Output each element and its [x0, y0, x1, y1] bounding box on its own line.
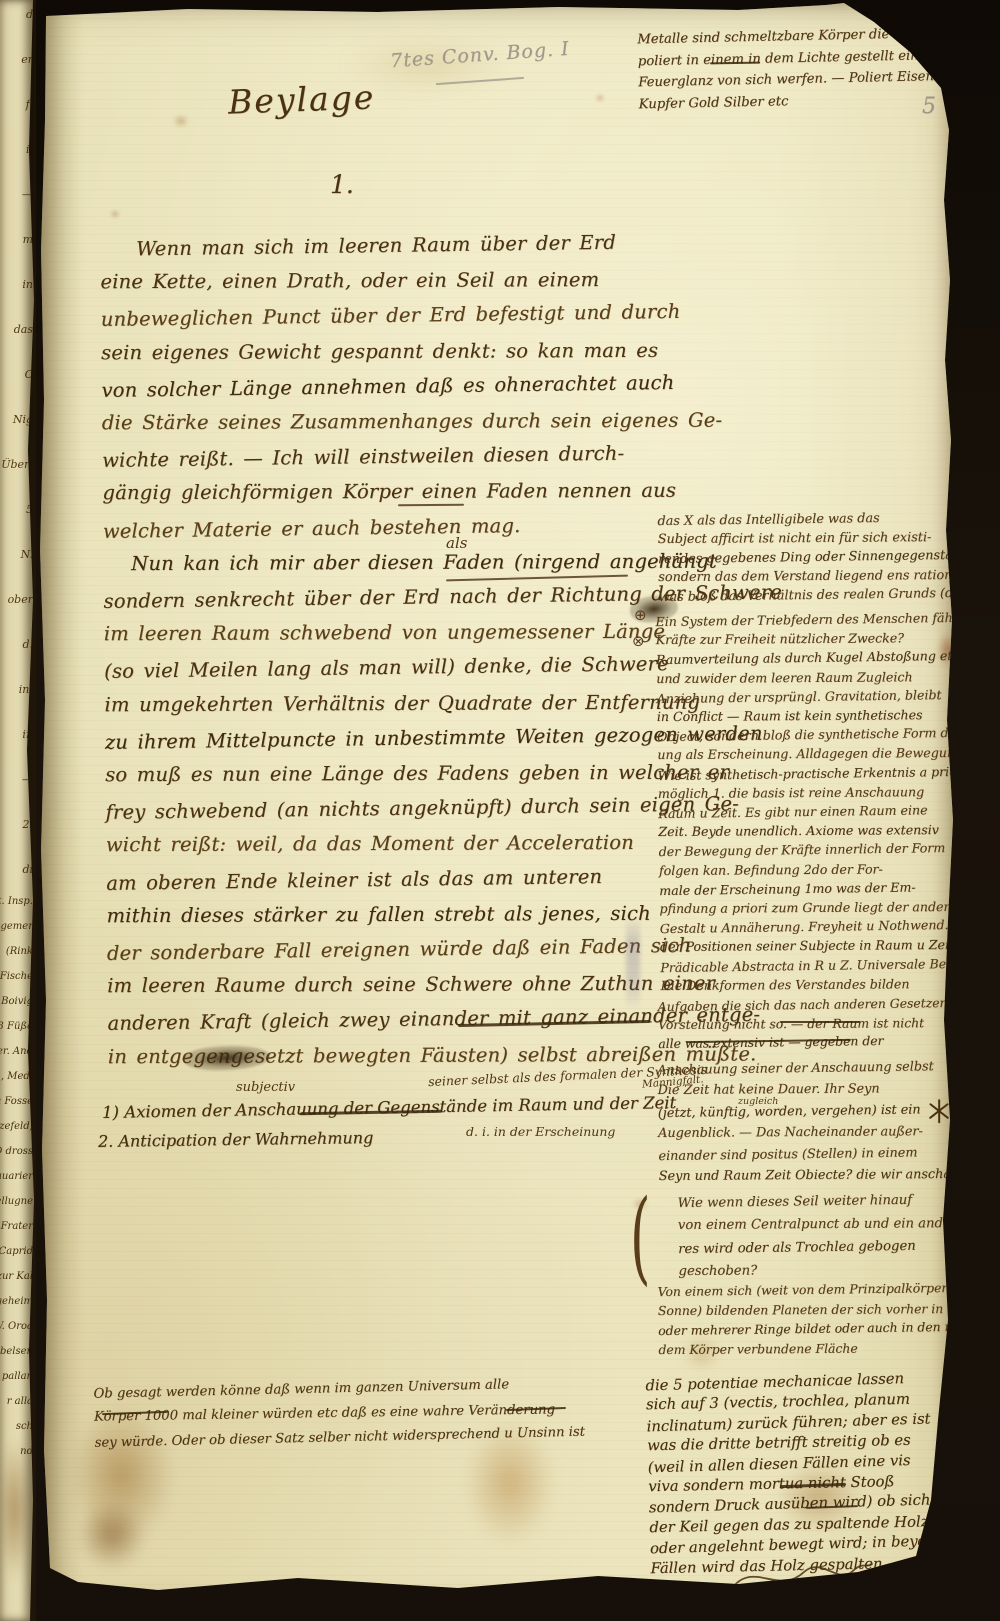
text-fragment: in: [0, 278, 36, 323]
faint-stamp: [626, 916, 640, 1010]
bottom-left-note: Ob gesagt werden könne daß wenn im ganze…: [93, 1369, 689, 1456]
handwritten-line: sein eigenes Gewicht gespannt denkt: so …: [101, 332, 661, 370]
margin-line: pfindung a priori zum Grunde liegt der a…: [659, 897, 959, 918]
text-fragment: Gonzefeld;: [0, 1121, 36, 1146]
handwritten-line: im umgekehrten Verhältnis der Quadrate d…: [104, 684, 664, 722]
margin-line: was bloß das Verhältnis des realen Grund…: [658, 584, 958, 607]
margin-line: dem Körper verbundene Fläche: [658, 1338, 958, 1360]
margin-note-block: Aufgaben die sich das nach anderen Geset…: [658, 994, 959, 1054]
text-fragment: Obrist. Insp.: [0, 896, 36, 921]
bottom-right-note: die 5 potentiae mechanicae lassensich au…: [645, 1368, 963, 1581]
text-fragment: fl: [0, 98, 36, 143]
text-fragment: in: [0, 728, 36, 773]
text-fragment: zur Kal: [0, 1271, 36, 1296]
star-mark: [926, 1098, 952, 1124]
margin-line: Die Denkformen des Verstandes bilden: [660, 974, 960, 995]
margin-line: Augenblick. — Das Nacheinander außer-: [658, 1121, 958, 1145]
margin-line: ung als Erscheinung. Alldagegen die Bewe…: [657, 743, 957, 764]
margin-line: Raumverteilung als durch Kugel Abstoßung…: [656, 646, 956, 669]
margin-note-block: Anschauung seiner der Anschauung selbstD…: [657, 1056, 959, 1189]
text-fragment: —: [0, 773, 36, 818]
handwritten-line: im leeren Raume durch seine Schwere ohne…: [107, 966, 667, 1004]
fox-spot: [170, 112, 192, 130]
handwritten-line: zu ihrem Mittelpuncte in unbestimmte Wei…: [105, 717, 665, 760]
margin-line: möglich 1. die basis ist reine Anschauun…: [658, 782, 958, 803]
handwritten-line: mithin dieses stärker zu fallen strebt a…: [106, 896, 666, 934]
text-fragment: belsen: [0, 1346, 36, 1371]
handwritten-line: am oberen Ende kleiner ist als das am un…: [106, 858, 666, 901]
pencil-page-number: 5: [922, 94, 936, 119]
margin-line: Aufgaben die sich das nach anderen Geset…: [658, 994, 958, 1017]
section-number: 1.: [330, 170, 354, 199]
interlinear-note: subjectiv: [236, 1080, 295, 1095]
text-fragment: Ilgemer: [0, 921, 36, 946]
margin-line: Die Zeit hat keine Dauer. Ihr Seyn: [657, 1078, 957, 1102]
paper-stain: [64, 1488, 159, 1583]
handwritten-line: (so viel Meilen lang als man will) denke…: [104, 647, 664, 690]
text-fragment: W. Oroa: [0, 1321, 36, 1346]
margin-note-block: Von einem sich (weit von dem Prinzipalkö…: [657, 1278, 958, 1361]
text-fragment: m: [0, 233, 36, 278]
text-fragment: Lauarier: [0, 1171, 36, 1196]
text-fragment: er. And: [0, 1046, 36, 1071]
handwritten-line: sondern senkrecht über der Erd nach der …: [103, 576, 663, 619]
margin-line: der Positionen seiner Subjecte in Raum u…: [660, 935, 960, 956]
manuscript-page: 7tes Conv. Bog. I Metalle sind schmeltzb…: [38, 0, 958, 1621]
fox-spot: [108, 208, 122, 220]
margin-line: der Bewegung der Kräfte innerlich der Fo…: [659, 838, 959, 861]
text-fragment: (Rink: [0, 946, 36, 971]
margin-line: Von einem sich (weit von dem Prinzipalkö…: [657, 1278, 957, 1302]
handwritten-line: von solcher Länge annehmen daß es ohnera…: [101, 365, 661, 408]
text-fragment: r alla: [0, 1396, 36, 1421]
margin-line: res wird oder als Trochlea gebogen: [678, 1234, 978, 1261]
text-fragment: N.: [0, 548, 36, 593]
text-fragment: O dross: [0, 1146, 36, 1171]
circled-plus-mark: ⊕: [634, 606, 647, 624]
marginal-note-top-right: Metalle sind schmeltzbare Körper diepoli…: [637, 23, 955, 116]
handwritten-line: Metalle sind schmeltzbare Körper die: [637, 23, 953, 51]
handwritten-line: frey schwebend (an nichts angeknüpft) du…: [105, 787, 665, 830]
margin-note-block: das X als das Intelligibele was dasSubje…: [657, 508, 958, 607]
text-fragment: das: [0, 323, 36, 368]
handwritten-line: gängig gleichförmigen Körper einen Faden…: [102, 473, 662, 511]
margin-line: Sonne) bildenden Planeten der sich vorhe…: [658, 1299, 958, 1321]
circled-cross-mark: ⊗: [632, 632, 645, 650]
handwritten-line: der sonderbare Fall ereignen würde daß e…: [107, 928, 667, 971]
margin-line: Vorstellung nicht so. — der Raum ist nic…: [658, 1013, 958, 1034]
handwritten-line: unbeweglichen Punct über der Erd befesti…: [101, 295, 661, 338]
handwritten-line: wichte reißt. — Ich will einstweilen die…: [102, 435, 662, 478]
text-fragment: 5: [0, 503, 36, 548]
text-fragment: Über-: [0, 458, 36, 503]
text-fragment: il: [0, 143, 36, 188]
text-fragment: 3 Boivig: [0, 996, 36, 1021]
interlinear-insertion: als: [446, 534, 467, 552]
text-fragment: (Caprid: [0, 1246, 36, 1271]
margin-note-block: Ein System der Triebfedern des Menschen …: [655, 608, 960, 996]
pencil-underline: [436, 77, 524, 85]
margin-note-block: Wie wenn dieses Seil weiter hinaufvon ei…: [677, 1188, 978, 1284]
handwritten-line: im leeren Raum schwebend von ungemessene…: [104, 614, 664, 652]
margin-line: Seyn und Raum Zeit Obiecte? die wir ansc…: [659, 1164, 959, 1188]
handwritten-line: welcher Materie er auch bestehen mag.: [103, 506, 663, 549]
pencil-annotation: 7tes Conv. Bog. I: [389, 38, 570, 72]
handwritten-line: Wenn man sich im leeren Raum über der Er…: [100, 224, 660, 267]
text-fragment: 3 Füße: [0, 1021, 36, 1046]
large-paren-mark: (: [630, 1178, 651, 1296]
text-fragment: La Fosse: [0, 1096, 36, 1121]
text-fragment: w. Fische: [0, 971, 36, 996]
handwritten-line: die Stärke seines Zusammenhanges durch s…: [102, 403, 662, 441]
text-fragment: pallan: [0, 1371, 36, 1396]
text-fragment: in:: [0, 683, 36, 728]
text-fragment: Nig: [0, 413, 36, 458]
handwritten-line: wicht reißt: weil, da das Moment der Acc…: [106, 825, 666, 863]
margin-line: von einem Centralpunct ab und ein ande-: [678, 1212, 978, 1237]
fox-spot: [593, 92, 607, 104]
margin-line: folgen kan. Befindung 2do der For-: [659, 859, 959, 880]
text-fragment: d: [0, 8, 36, 53]
facing-page-text-fragments-upper: derflil—mindasCNigÜber-5N.oberd.in:in—2.…: [0, 8, 36, 908]
facing-page-text-fragments-lower: Obrist. Insp.Ilgemer(Rinkw. Fische3 Boiv…: [0, 896, 36, 1471]
strikethrough-mark: [780, 1021, 860, 1023]
margin-line: sondern das dem Verstand liegend ens rat…: [658, 566, 958, 587]
text-fragment: geheim: [0, 1296, 36, 1321]
paper-stain: [0, 1430, 36, 1590]
margin-line: in Conflict — Raum ist kein synthetische…: [657, 705, 957, 726]
text-fragment: 2.: [0, 818, 36, 863]
text-fragment: Koch, Med.: [0, 1071, 36, 1096]
text-fragment: d.: [0, 638, 36, 683]
handwritten-line: so muß es nun eine Länge des Fadens gebe…: [105, 755, 665, 793]
page-title: Beylage: [227, 77, 376, 121]
margin-line: Zeit. Beyde unendlich. Axiome was extens…: [658, 820, 958, 841]
interlinear-note: d. i. in der Erscheinung: [466, 1124, 615, 1139]
margin-line: Kräfte zur Freiheit nützlicher Zwecke?: [656, 628, 956, 649]
text-fragment: ober: [0, 593, 36, 638]
list-item-axioms: 1) Axiomen der Anschauung der Gegenständ…: [102, 1093, 676, 1122]
text-fragment: Stellugne: [0, 1196, 36, 1221]
text-fragment: —: [0, 188, 36, 233]
interlinear-insertion: zugleich: [738, 1096, 778, 1107]
manuscript-scan: derflil—mindasCNigÜber-5N.oberd.in:in—2.…: [0, 0, 1000, 1621]
facing-page-edge: derflil—mindasCNigÜber-5N.oberd.in:in—2.…: [0, 0, 36, 1621]
main-text-block: Wenn man sich im leeren Raum über der Er…: [100, 225, 668, 1075]
text-fragment: h. Frater: [0, 1221, 36, 1246]
list-item-anticipation: 2. Anticipation der Wahrnehmung: [98, 1128, 374, 1151]
handwritten-line: anderen Kraft (gleich zwey einander mit …: [107, 999, 667, 1042]
margin-line: und zuwider dem leeren Raum Zugleich: [656, 667, 956, 688]
text-fragment: C: [0, 368, 36, 413]
margin-line: Wie wenn dieses Seil weiter hinauf: [677, 1188, 977, 1215]
handwritten-line: eine Kette, einen Drath, oder ein Seil a…: [100, 262, 660, 300]
margin-line: Subject afficirt ist nicht ein für sich …: [658, 528, 958, 549]
text-fragment: er: [0, 53, 36, 98]
ink-flourish: [726, 1556, 876, 1598]
